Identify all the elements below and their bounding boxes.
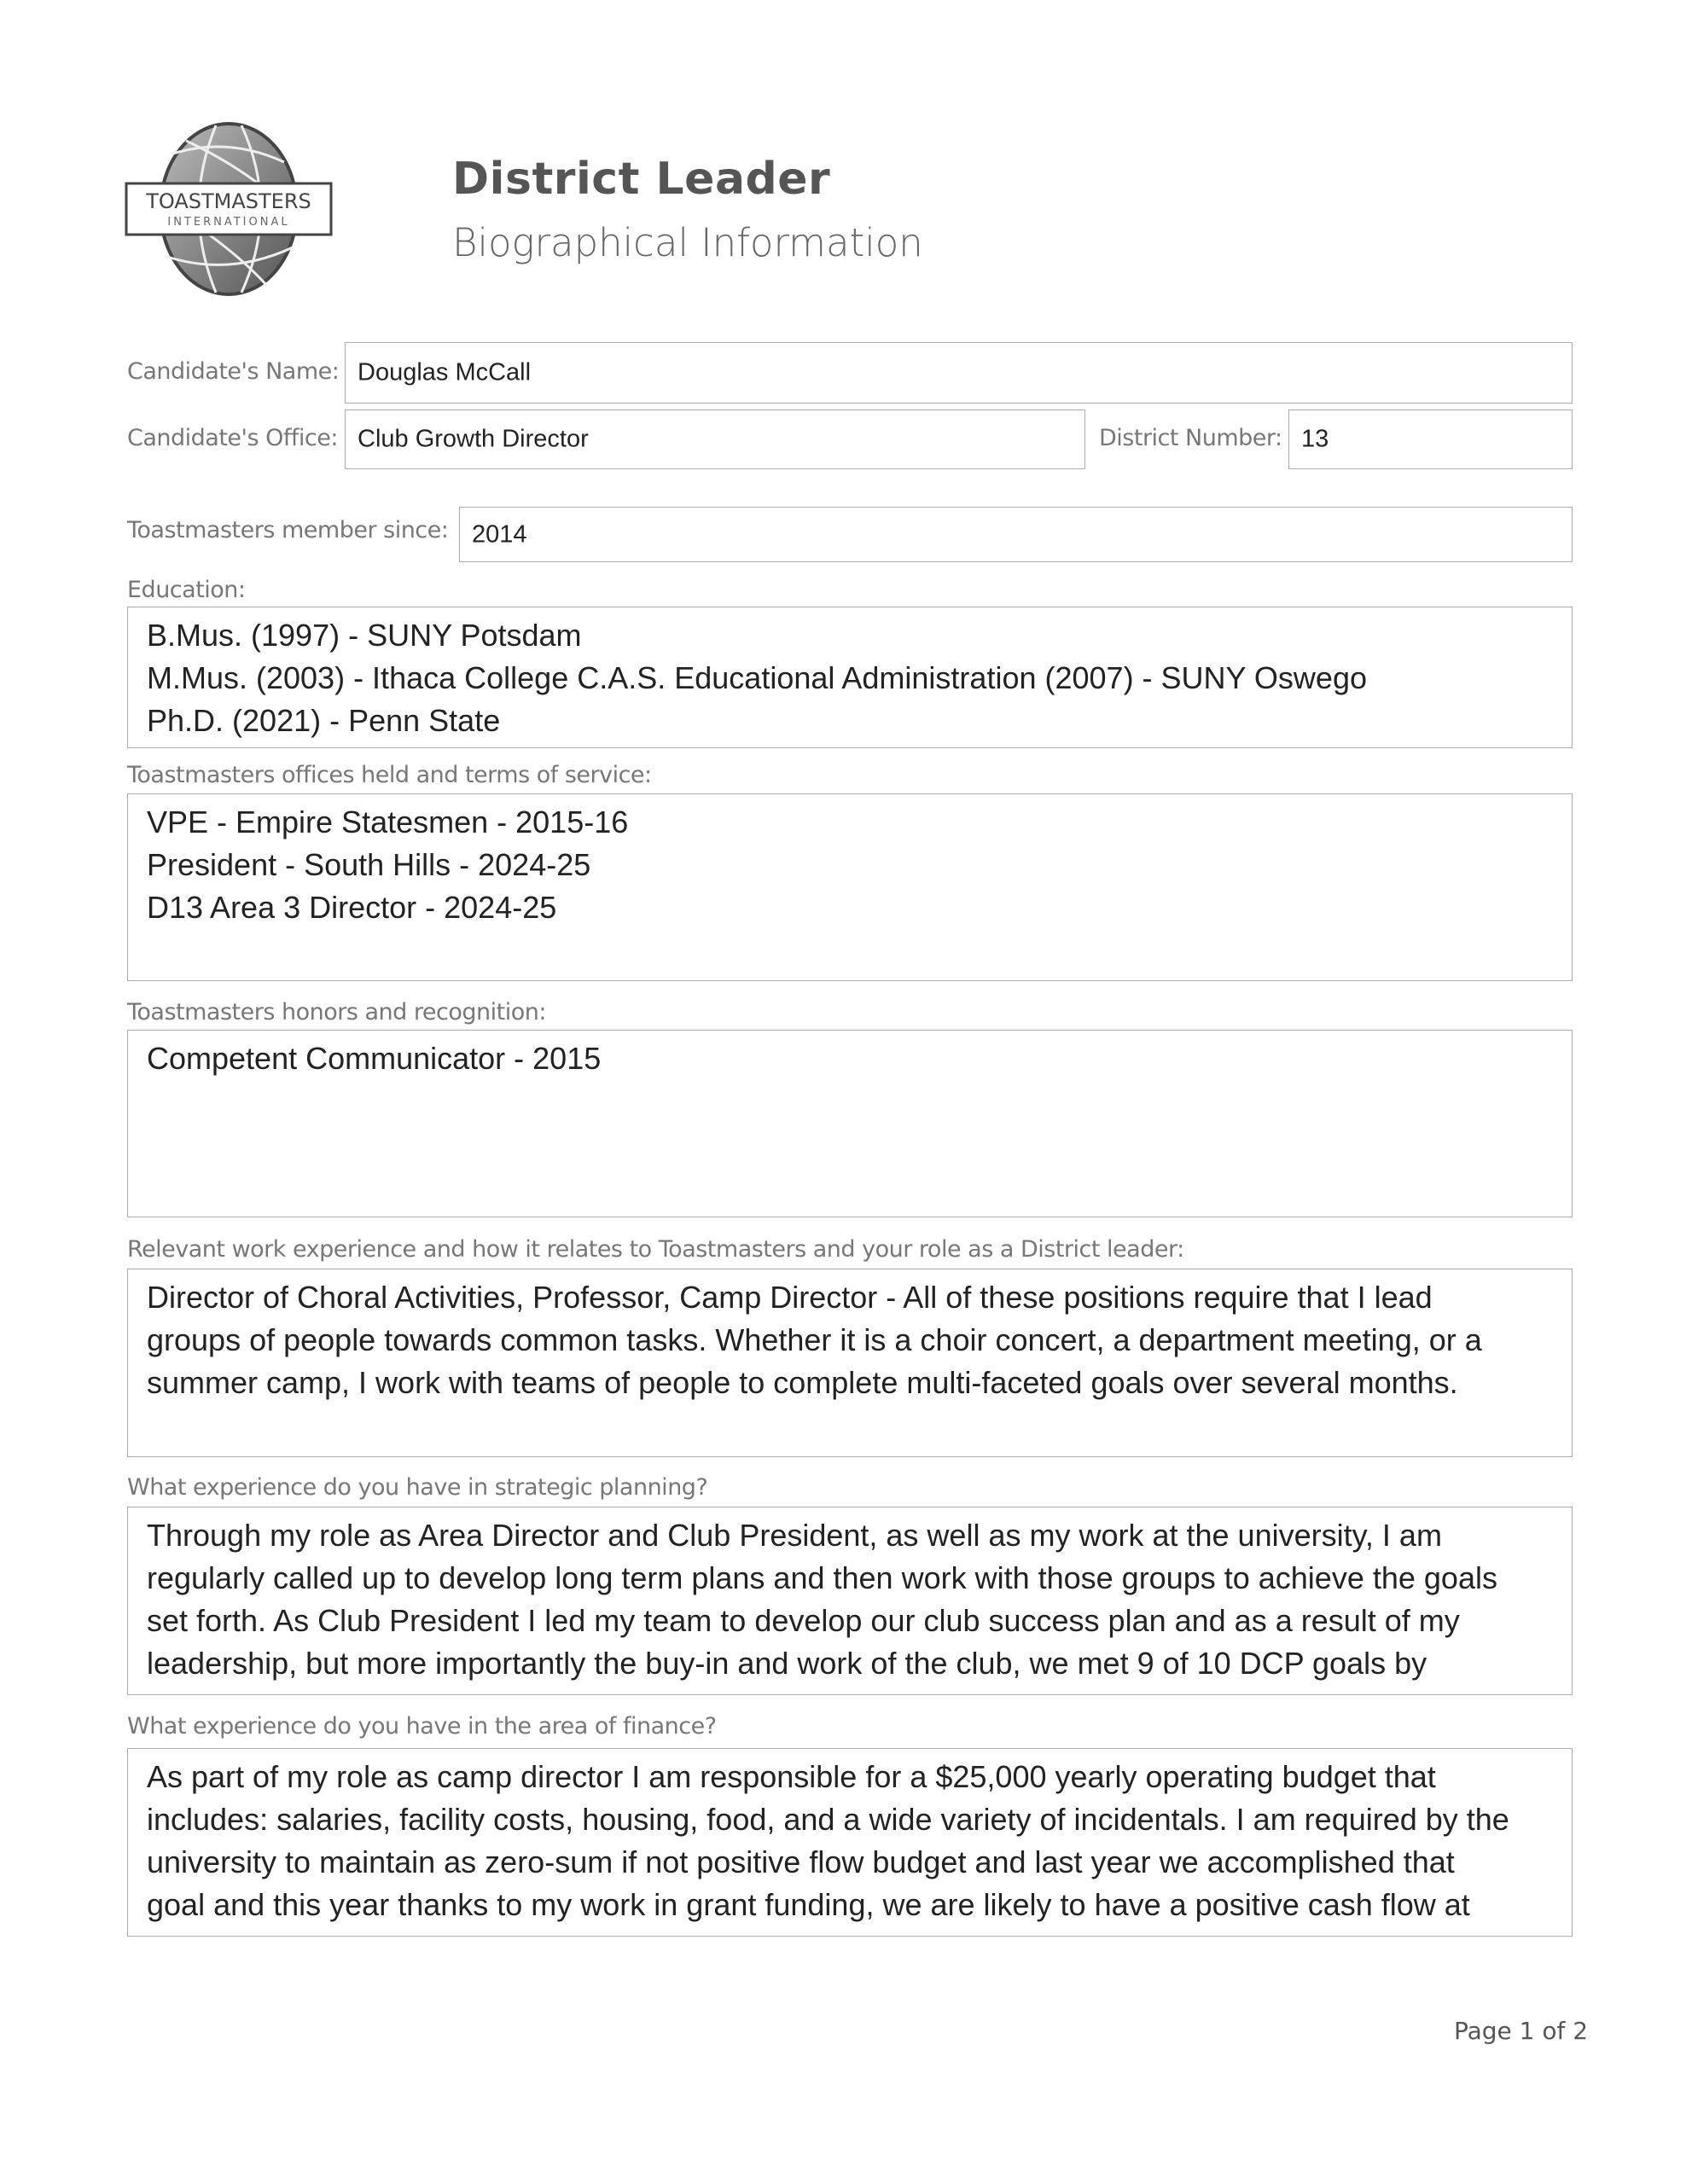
education-line: B.Mus. (1997) - SUNY Potsdam [147,614,1572,657]
finance-line: includes: salaries, facility costs, hous… [147,1798,1572,1841]
finance-line: goal and this year thanks to my work in … [147,1884,1572,1926]
strategic-line: leadership, but more importantly the buy… [147,1642,1572,1685]
member-since-label: Toastmasters member since: [127,517,448,543]
offices-label: Toastmasters offices held and terms of s… [127,762,652,788]
education-field[interactable]: B.Mus. (1997) - SUNY Potsdam M.Mus. (200… [127,607,1573,748]
strategic-label: What experience do you have in strategic… [127,1474,707,1501]
offices-field[interactable]: VPE - Empire Statesmen - 2015-16 Preside… [127,793,1573,981]
office-line: D13 Area 3 Director - 2024-25 [147,886,1572,929]
work-line: Director of Choral Activities, Professor… [147,1276,1572,1319]
member-since-value: 2014 [472,520,527,549]
district-value: 13 [1301,426,1329,454]
name-field[interactable]: Douglas McCall [345,342,1573,404]
toastmasters-logo: TOASTMASTERS INTERNATIONAL [122,119,335,299]
strategic-line: Through my role as Area Director and Clu… [147,1514,1572,1557]
work-label: Relevant work experience and how it rela… [127,1236,1184,1263]
work-line: summer camp, I work with teams of people… [147,1362,1572,1404]
page-title: District Leader [452,154,830,205]
finance-label: What experience do you have in the area … [127,1713,717,1740]
honors-label: Toastmasters honors and recognition: [127,999,546,1025]
education-label: Education: [127,577,246,603]
page-number: Page 1 of 2 [1454,2017,1588,2045]
work-field[interactable]: Director of Choral Activities, Professor… [127,1269,1573,1457]
honor-line: Competent Communicator - 2015 [147,1037,1572,1080]
work-line: groups of people towards common tasks. W… [147,1319,1572,1362]
office-field[interactable]: Club Growth Director [345,409,1085,469]
finance-field[interactable]: As part of my role as camp director I am… [127,1748,1573,1937]
district-label: District Number: [1099,425,1282,451]
honors-field[interactable]: Competent Communicator - 2015 [127,1030,1573,1217]
member-since-field[interactable]: 2014 [459,507,1573,562]
strategic-field[interactable]: Through my role as Area Director and Clu… [127,1507,1573,1695]
globe-icon: TOASTMASTERS INTERNATIONAL [122,119,335,299]
svg-text:TOASTMASTERS: TOASTMASTERS [145,189,311,213]
name-value: Douglas McCall [358,359,531,387]
name-label: Candidate's Name: [127,358,339,385]
education-line: M.Mus. (2003) - Ithaca College C.A.S. Ed… [147,657,1572,700]
finance-line: university to maintain as zero-sum if no… [147,1841,1572,1884]
district-field[interactable]: 13 [1288,409,1573,469]
strategic-line: regularly called up to develop long term… [147,1557,1572,1600]
svg-text:INTERNATIONAL: INTERNATIONAL [167,216,289,229]
education-line: Ph.D. (2021) - Penn State [147,700,1572,742]
page-subtitle: Biographical Information [452,220,923,265]
office-label: Candidate's Office: [127,425,338,451]
office-value: Club Growth Director [358,426,589,454]
office-line: President - South Hills - 2024-25 [147,844,1572,886]
office-line: VPE - Empire Statesmen - 2015-16 [147,801,1572,844]
strategic-line: set forth. As Club President I led my te… [147,1600,1572,1642]
finance-line: As part of my role as camp director I am… [147,1756,1572,1798]
